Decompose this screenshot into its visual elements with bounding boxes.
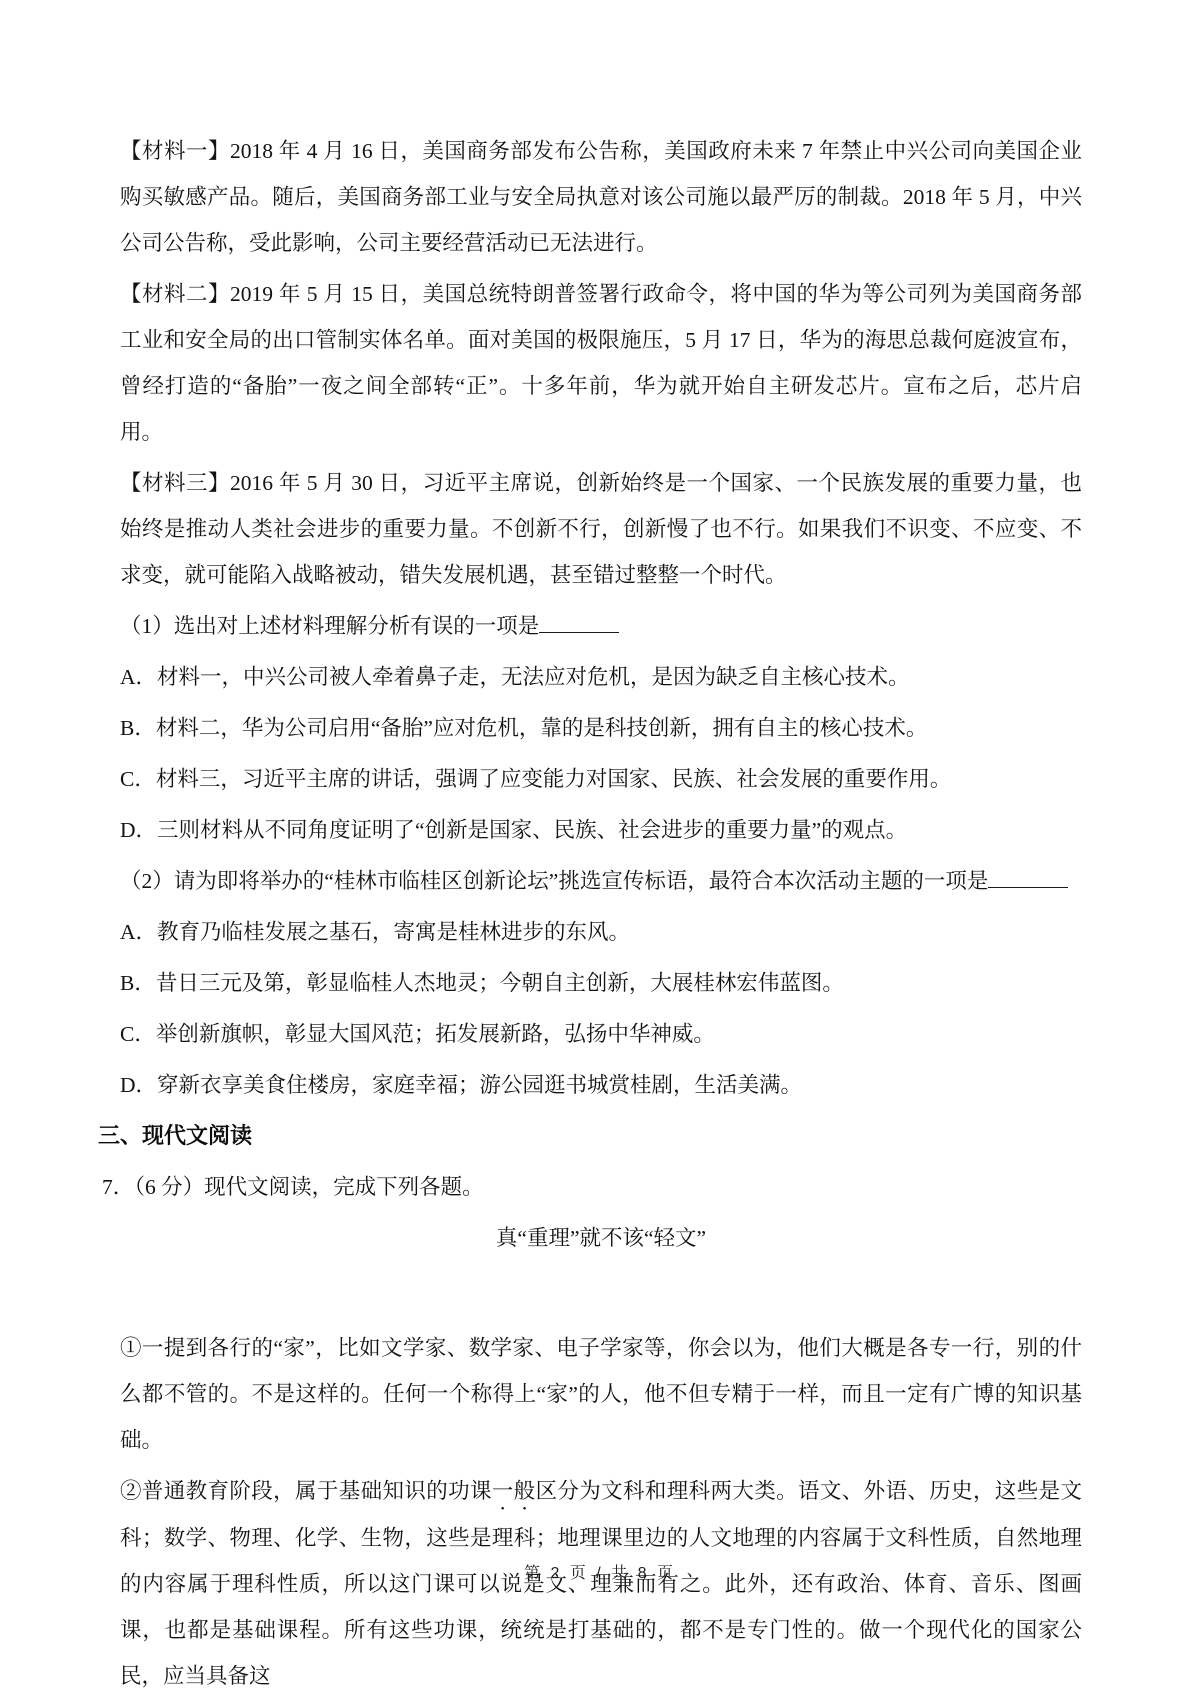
material-3-label: 【材料三】 [120,471,230,495]
essay-paragraph-2: ②普通教育阶段，属于基础知识的功课一般区分为文科和理科两大类。语文、外语、历史，… [120,1468,1082,1698]
essay-paragraph-2-emphasized: 一般 [492,1479,536,1503]
sub2-option-b: B．昔日三元及第，彰显临桂人杰地灵；今朝自主创新，大展桂林宏伟蓝图。 [120,960,1082,1006]
answer-blank-2 [988,867,1068,888]
title-gap-spacer [120,1261,1082,1325]
sub-question-2-prompt-text: （2）请为即将举办的“桂林市临桂区创新论坛”挑选宣传标语，最符合本次活动主题的一… [120,869,988,893]
material-2-paragraph: 【材料二】2019 年 5 月 15 日，美国总统特朗普签署行政命令，将中国的华… [120,271,1082,455]
essay-paragraph-1: ①一提到各行的“家”，比如文学家、数学家、电子学家等，你会以为，他们大概是各专一… [120,1325,1082,1463]
page-footer: 第 2 页 / 共 8 页 [0,1560,1200,1583]
sub1-option-d: D．三则材料从不同角度证明了“创新是国家、民族、社会进步的重要力量”的观点。 [120,807,1082,853]
material-1-text: 2018 年 4 月 16 日，美国商务部发布公告称，美国政府未来 7 年禁止中… [120,139,1082,255]
essay-paragraph-2-pre: ②普通教育阶段，属于基础知识的功课 [120,1479,492,1503]
sub2-option-c: C．举创新旗帜，彰显大国风范；拓发展新路，弘扬中华神威。 [120,1011,1082,1057]
section-heading-modern-reading: 三、现代文阅读 [98,1113,1082,1159]
material-3-text: 2016 年 5 月 30 日，习近平主席说，创新始终是一个国家、一个民族发展的… [120,471,1082,587]
sub-question-1-prompt: （1）选出对上述材料理解分析有误的一项是 [120,603,1082,649]
question-7-intro: 7．（6 分）现代文阅读，完成下列各题。 [102,1164,1082,1210]
page-number-text: 第 2 页 / 共 8 页 [524,1565,676,1582]
essay-paragraph-2-post: 区分为文科和理科两大类。语文、外语、历史，这些是文科；数学、物理、化学、生物，这… [120,1479,1082,1688]
sub2-option-a: A．教育乃临桂发展之基石，寄寓是桂林进步的东风。 [120,909,1082,955]
sub1-option-a: A．材料一，中兴公司被人牵着鼻子走，无法应对危机，是因为缺乏自主核心技术。 [120,654,1082,700]
sub-question-1-prompt-text: （1）选出对上述材料理解分析有误的一项是 [120,614,539,638]
page-content: 【材料一】2018 年 4 月 16 日，美国商务部发布公告称，美国政府未来 7… [120,128,1082,1698]
sub2-option-d: D．穿新衣享美食住楼房，家庭幸福；游公园逛书城赏桂剧，生活美满。 [120,1062,1082,1108]
essay-title: 真“重理”就不该“轻文” [120,1215,1082,1261]
material-1-label: 【材料一】 [120,139,230,163]
material-3-paragraph: 【材料三】2016 年 5 月 30 日，习近平主席说，创新始终是一个国家、一个… [120,460,1082,598]
answer-blank-1 [539,612,619,633]
sub-question-2-prompt: （2）请为即将举办的“桂林市临桂区创新论坛”挑选宣传标语，最符合本次活动主题的一… [120,858,1082,904]
sub1-option-c: C．材料三，习近平主席的讲话，强调了应变能力对国家、民族、社会发展的重要作用。 [120,756,1082,802]
material-1-paragraph: 【材料一】2018 年 4 月 16 日，美国商务部发布公告称，美国政府未来 7… [120,128,1082,266]
material-2-label: 【材料二】 [120,282,230,306]
exam-page: 【材料一】2018 年 4 月 16 日，美国商务部发布公告称，美国政府未来 7… [0,0,1200,1698]
material-2-text: 2019 年 5 月 15 日，美国总统特朗普签署行政命令，将中国的华为等公司列… [120,282,1082,444]
sub1-option-b: B．材料二，华为公司启用“备胎”应对危机，靠的是科技创新，拥有自主的核心技术。 [120,705,1082,751]
